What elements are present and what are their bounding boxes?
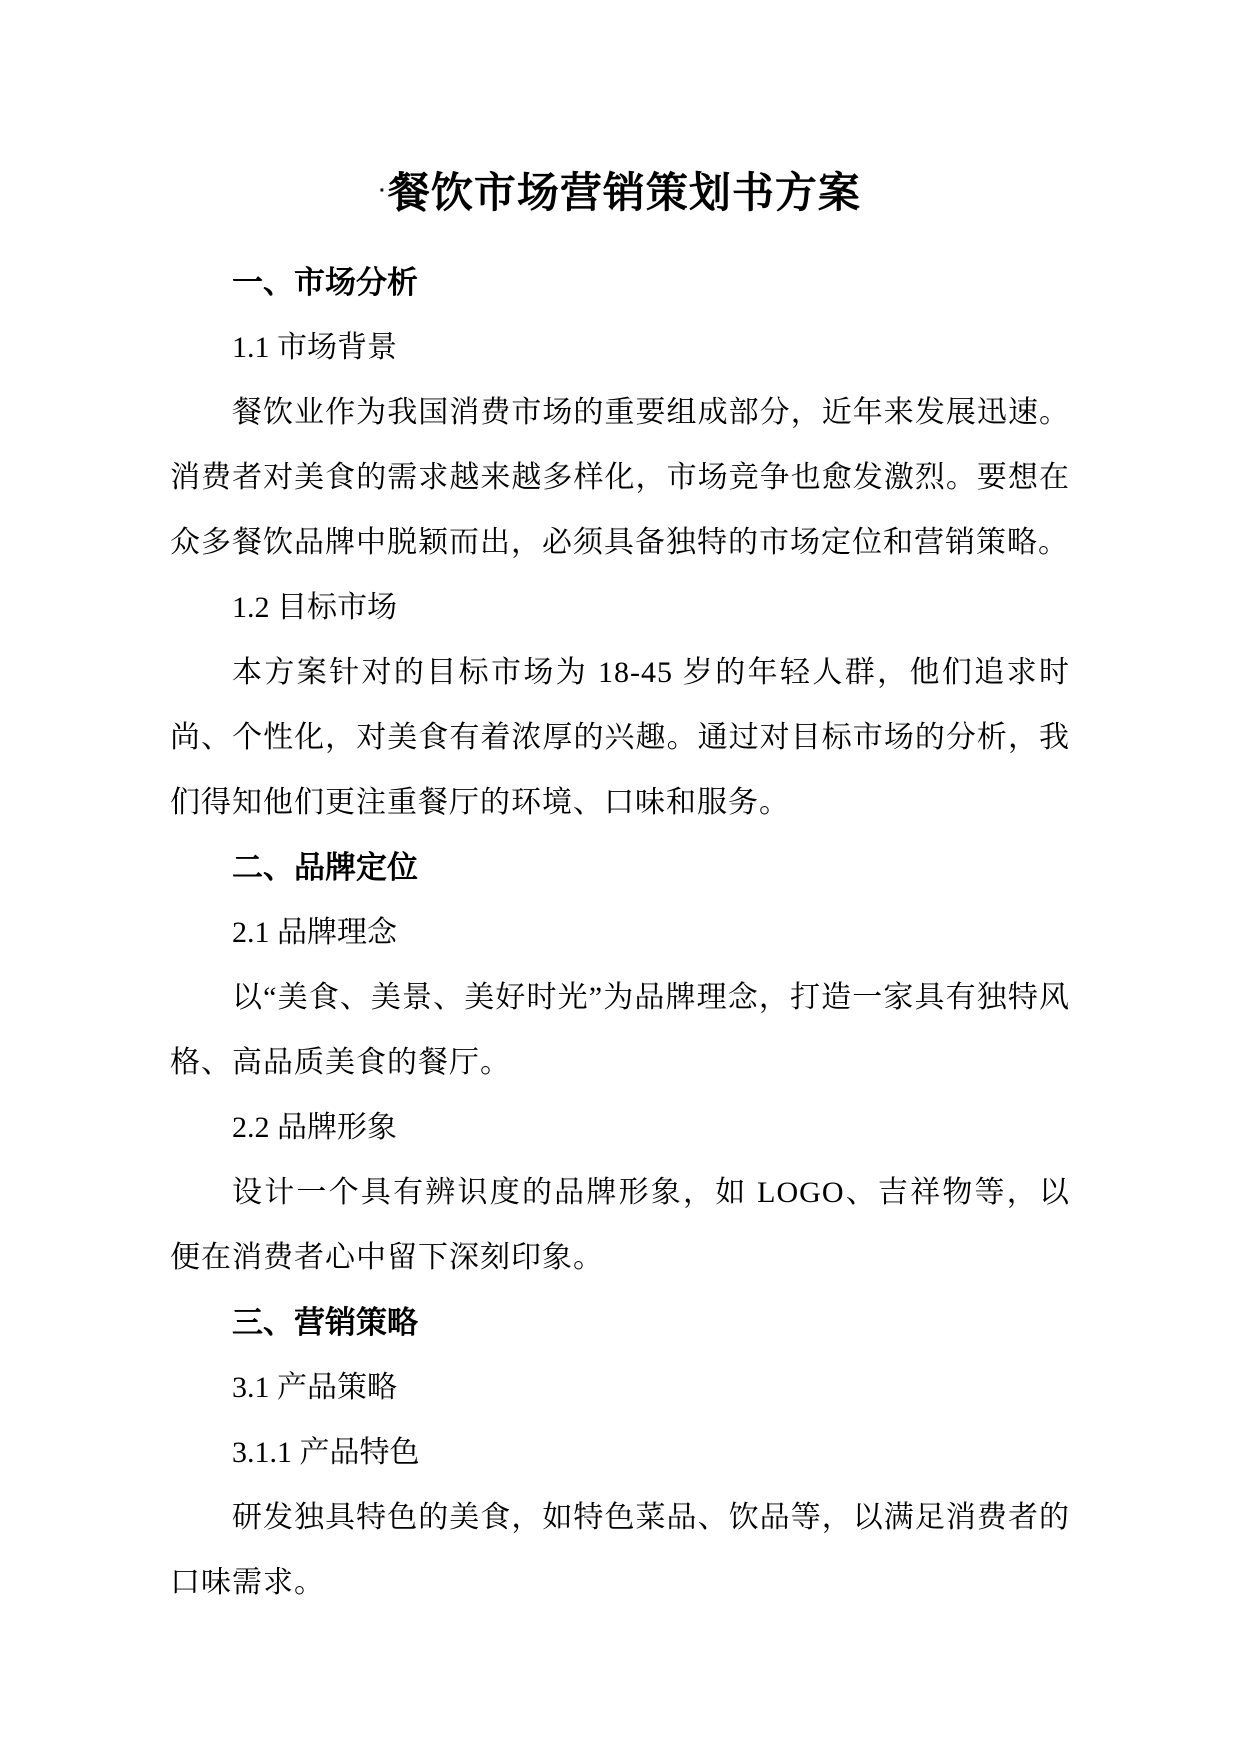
paragraph-brand-concept: 以“美食、美景、美好时光”为品牌理念，打造一家具有独特风格、高品质美食的餐厅。: [170, 965, 1070, 1095]
document-title-text: 餐饮市场营销策划书方案: [388, 169, 861, 216]
document-title: ·餐饮市场营销策划书方案: [170, 160, 1070, 224]
heading-brand-positioning: 二、品牌定位: [170, 835, 1070, 900]
subheading-brand-image: 2.2 品牌形象: [170, 1095, 1070, 1160]
document-page: ·餐饮市场营销策划书方案 一、市场分析 1.1 市场背景 餐饮业作为我国消费市场…: [0, 0, 1240, 1753]
paragraph-brand-image: 设计一个具有辨识度的品牌形象，如 LOGO、吉祥物等，以便在消费者心中留下深刻印…: [170, 1160, 1070, 1290]
subheading-market-background: 1.1 市场背景: [170, 315, 1070, 380]
title-bullet-dot: ·: [379, 180, 386, 202]
document-body: 一、市场分析 1.1 市场背景 餐饮业作为我国消费市场的重要组成部分，近年来发展…: [170, 250, 1070, 1615]
paragraph-target-market: 本方案针对的目标市场为 18-45 岁的年轻人群，他们追求时尚、个性化，对美食有…: [170, 640, 1070, 835]
subheading-product-features: 3.1.1 产品特色: [170, 1420, 1070, 1485]
subheading-brand-concept: 2.1 品牌理念: [170, 900, 1070, 965]
paragraph-product-features: 研发独具特色的美食，如特色菜品、饮品等，以满足消费者的口味需求。: [170, 1485, 1070, 1615]
paragraph-market-background: 餐饮业作为我国消费市场的重要组成部分，近年来发展迅速。消费者对美食的需求越来越多…: [170, 380, 1070, 575]
heading-market-analysis: 一、市场分析: [170, 250, 1070, 315]
subheading-product-strategy: 3.1 产品策略: [170, 1355, 1070, 1420]
subheading-target-market: 1.2 目标市场: [170, 575, 1070, 640]
heading-marketing-strategy: 三、营销策略: [170, 1290, 1070, 1355]
